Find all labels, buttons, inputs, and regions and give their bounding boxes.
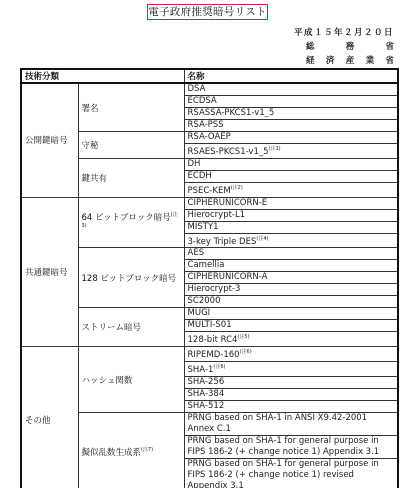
subcategory-label: 128 ビットブロック暗号 [82, 274, 177, 284]
algorithm-name: MUGI [188, 308, 211, 318]
algorithm-name-cell: MUGI [184, 308, 398, 320]
algorithm-name-cell: RSAES-PKCS1-v1_5(注1) [184, 144, 398, 159]
ministry-char: 省 [385, 54, 394, 66]
table-body: 公開鍵暗号署名DSAECDSARSASSA-PKCS1-v1_5RSA-PSS守… [21, 83, 398, 488]
category-cell: 公開鍵暗号 [21, 83, 78, 197]
algorithm-name: PSEC-KEM [188, 186, 231, 196]
algorithm-name-cell: CIPHERUNICORN-A [184, 272, 398, 284]
table-row: その他ハッシュ関数RIPEMD-160(注6) [21, 347, 398, 362]
header-name: 名称 [184, 69, 398, 83]
algorithm-name: RSASSA-PKCS1-v1_5 [188, 108, 275, 118]
algorithm-name-cell: MISTY1 [184, 221, 398, 233]
subcategory-cell: 擬似乱数生成系(注7) [78, 412, 184, 488]
subcategory-label: 守秘 [82, 141, 99, 151]
algorithm-name-cell: RSA-PSS [184, 120, 398, 132]
category-cell: 共通鍵暗号 [21, 197, 78, 347]
subcategory-cell: 守秘 [78, 132, 184, 159]
table-row: 128 ビットブロック暗号AES [21, 248, 398, 260]
ministry-char: 経 [306, 54, 315, 66]
subcategory-cell: 署名 [78, 83, 184, 132]
algorithm-name: PRNG based on SHA-1 in ANSI X9.42-2001 A… [188, 413, 368, 434]
algorithm-name-cell: PRNG based on SHA-1 for general purpose … [184, 458, 398, 488]
algorithm-name: SHA-512 [188, 401, 225, 411]
subcategory-label: 鍵共有 [82, 174, 108, 184]
algorithm-name: PRNG based on SHA-1 for general purpose … [188, 436, 380, 457]
algorithm-name: AES [188, 248, 205, 258]
footnote-ref: (注6) [213, 364, 225, 370]
ministry-char: 済 [326, 54, 335, 66]
ministry-char: 業 [366, 54, 375, 66]
ministry-char: 産 [346, 54, 355, 66]
algorithm-name-cell: MULTI-S01 [184, 320, 398, 332]
ministry-char: 務 [346, 40, 355, 52]
document-title: 電子政府推奨暗号リスト [147, 4, 268, 20]
table-row: 鍵共有DH [21, 158, 398, 170]
algorithm-name-cell: AES [184, 248, 398, 260]
algorithm-name: ECDSA [188, 96, 217, 106]
footnote-ref: (注6) [240, 349, 252, 355]
subcategory-cell: ハッシュ関数 [78, 347, 184, 413]
algorithm-name: Hierocrypt-3 [188, 284, 241, 294]
footnote-ref: (注1) [269, 146, 281, 152]
table-row: 守秘RSA-OAEP [21, 132, 398, 144]
ministry-char: 省 [385, 40, 394, 52]
algorithm-name-cell: SC2000 [184, 296, 398, 308]
subcategory-cell: 64 ビットブロック暗号(注3) [78, 197, 184, 248]
category-cell: その他 [21, 347, 78, 488]
ministry-char: 総 [306, 40, 315, 52]
algorithm-name: RSA-PSS [188, 120, 224, 130]
algorithm-name: MISTY1 [188, 222, 219, 232]
algorithm-name: Camellia [188, 260, 225, 270]
subcategory-label: ストリーム暗号 [82, 323, 142, 333]
algorithm-name-cell: SHA-256 [184, 376, 398, 388]
algorithm-name-cell: PRNG based on SHA-1 for general purpose … [184, 435, 398, 458]
algorithm-name: MULTI-S01 [188, 320, 232, 330]
subcategory-label: 擬似乱数生成系 [82, 448, 142, 458]
algorithm-name: PRNG based on SHA-1 for general purpose … [188, 459, 379, 488]
algorithm-name-cell: SHA-512 [184, 400, 398, 412]
algorithm-name-cell: ECDH [184, 170, 398, 182]
footnote-ref: (注2) [231, 185, 243, 191]
algorithm-name: SC2000 [188, 296, 221, 306]
algorithm-name: Hierocrypt-L1 [188, 210, 246, 220]
algorithm-name: RSA-OAEP [188, 132, 231, 142]
algorithm-name-cell: PSEC-KEM(注2) [184, 182, 398, 197]
ministry-internal-affairs: 総 務 省 [306, 40, 394, 52]
algorithm-name-cell: RSA-OAEP [184, 132, 398, 144]
subcategory-label: 64 ビットブロック暗号 [82, 213, 171, 223]
algorithm-name: RIPEMD-160 [188, 350, 240, 360]
subcategory-cell: ストリーム暗号 [78, 308, 184, 347]
algorithm-name: SHA-256 [188, 377, 225, 387]
algorithm-name-cell: Hierocrypt-L1 [184, 209, 398, 221]
algorithm-name: DSA [188, 84, 206, 94]
algorithm-name: CIPHERUNICORN-A [188, 272, 268, 282]
algorithm-name-cell: SHA-384 [184, 388, 398, 400]
algorithm-name-cell: ECDSA [184, 96, 398, 108]
algorithm-name-cell: RSASSA-PKCS1-v1_5 [184, 108, 398, 120]
algorithm-name: ECDH [188, 171, 212, 181]
algorithm-name-cell: 128-bit RC4(注5) [184, 332, 398, 347]
ministry-economy-trade-industry: 経 済 産 業 省 [306, 54, 394, 66]
cipher-list-table: 技術分類 名称 公開鍵暗号署名DSAECDSARSASSA-PKCS1-v1_5… [20, 68, 399, 488]
footnote-ref: (注5) [237, 334, 249, 340]
table-row: ストリーム暗号MUGI [21, 308, 398, 320]
algorithm-name-cell: 3-key Triple DES(注4) [184, 233, 398, 248]
subcategory-cell: 鍵共有 [78, 158, 184, 197]
subcategory-label: ハッシュ関数 [82, 376, 133, 386]
algorithm-name-cell: RIPEMD-160(注6) [184, 347, 398, 362]
footnote-ref: (注7) [141, 448, 153, 454]
table-row: 公開鍵暗号署名DSA [21, 83, 398, 96]
algorithm-name: SHA-1 [188, 365, 214, 375]
algorithm-name: 128-bit RC4 [188, 335, 238, 345]
table-row: 共通鍵暗号64 ビットブロック暗号(注3)CIPHERUNICORN-E [21, 197, 398, 209]
subcategory-label: 署名 [82, 104, 99, 114]
algorithm-name: SHA-384 [188, 389, 225, 399]
algorithm-name-cell: SHA-1(注6) [184, 362, 398, 377]
algorithm-name: DH [188, 159, 201, 169]
header-category: 技術分類 [21, 69, 184, 83]
table-row: 擬似乱数生成系(注7)PRNG based on SHA-1 in ANSI X… [21, 412, 398, 435]
document-date: 平成１５年２月２０日 [294, 26, 394, 38]
algorithm-name: CIPHERUNICORN-E [188, 198, 268, 208]
subcategory-cell: 128 ビットブロック暗号 [78, 248, 184, 308]
algorithm-name: RSAES-PKCS1-v1_5 [188, 147, 269, 157]
table-header-row: 技術分類 名称 [21, 69, 398, 83]
footnote-ref: (注4) [256, 236, 268, 242]
algorithm-name-cell: DSA [184, 83, 398, 96]
algorithm-name: 3-key Triple DES [188, 236, 257, 246]
algorithm-name-cell: Hierocrypt-3 [184, 284, 398, 296]
algorithm-name-cell: DH [184, 158, 398, 170]
algorithm-name-cell: PRNG based on SHA-1 in ANSI X9.42-2001 A… [184, 412, 398, 435]
algorithm-name-cell: Camellia [184, 260, 398, 272]
algorithm-name-cell: CIPHERUNICORN-E [184, 197, 398, 209]
